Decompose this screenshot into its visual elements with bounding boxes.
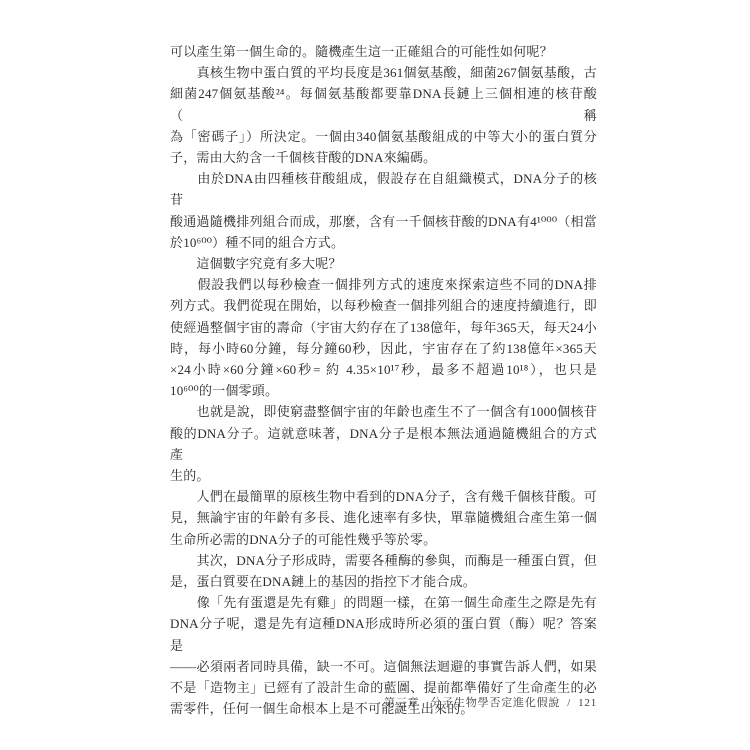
footer-chapter-label: 第三章 (384, 697, 419, 709)
body-line: 列方式。我們從現在開始，以每秒檢查一個排列組合的速度持續進行，即 (170, 295, 597, 316)
body-line: 為「密碼子」）所決定。一個由340個氨基酸組成的中等大小的蛋白質分 (170, 126, 597, 147)
page-footer: 第三章分子生物學否定進化假說/121 (170, 694, 597, 710)
body-line: 細菌247個氨基酸²⁴。每個氨基酸都要靠DNA長鏈上三個相連的核苷酸（稱 (170, 83, 597, 125)
body-line: 由於DNA由四種核苷酸組成，假設存在自組織模式，DNA分子的核苷 (170, 168, 597, 210)
body-text-block: 可以產生第一個生命的。隨機產生這一正確組合的可能性如何呢？ 真核生物中蛋白質的平… (170, 41, 597, 720)
body-line: 生的。 (170, 465, 597, 486)
body-line: 可以產生第一個生命的。隨機產生這一正確組合的可能性如何呢？ (170, 41, 597, 62)
body-line: 時，每小時60分鐘，每分鐘60秒，因此，宇宙存在了約138億年×365天 (170, 338, 597, 359)
body-line: 見，無論宇宙的年齡有多長、進化速率有多快，單靠隨機組合產生第一個 (170, 507, 597, 528)
body-line: 這個數字究竟有多大呢？ (170, 253, 597, 274)
body-line: ×24小時×60分鐘×60秒= 約 4.35×10¹⁷秒，最多不超過10¹⁸），… (170, 359, 597, 380)
body-line: 酸的DNA分子。這就意味著，DNA分子是根本無法通過隨機組合的方式產 (170, 423, 597, 465)
body-line: 於10⁶⁰⁰）種不同的組合方式。 (170, 232, 597, 253)
body-line: 其次，DNA分子形成時，需要各種酶的參與，而酶是一種蛋白質，但 (170, 550, 597, 571)
body-line: 酸通過隨機排列組合而成，那麼，含有一千個核苷酸的DNA有4¹⁰⁰⁰（相當 (170, 211, 597, 232)
body-line: 也就是說，即使窮盡整個宇宙的年齡也產生不了一個含有1000個核苷 (170, 401, 597, 422)
body-line: 使經過整個宇宙的壽命（宇宙大約存在了138億年，每年365天，每天24小 (170, 317, 597, 338)
footer-section-title: 分子生物學否定進化假說 (430, 697, 560, 709)
body-line: 人們在最簡單的原核生物中看到的DNA分子，含有幾千個核苷酸。可 (170, 486, 597, 507)
body-line: 真核生物中蛋白質的平均長度是361個氨基酸，細菌267個氨基酸，古 (170, 62, 597, 83)
body-line: 是，蛋白質要在DNA鏈上的基因的指控下才能合成。 (170, 571, 597, 592)
body-line: 子，需由大約含一千個核苷酸的DNA來編碼。 (170, 147, 597, 168)
body-line: DNA分子呢，還是先有這種DNA形成時所必須的蛋白質（酶）呢？答案是 (170, 613, 597, 655)
book-page: 可以產生第一個生命的。隨機產生這一正確組合的可能性如何呢？ 真核生物中蛋白質的平… (0, 0, 750, 750)
body-line: 假設我們以每秒檢查一個排列方式的速度來探索這些不同的DNA排 (170, 274, 597, 295)
footer-page-number: 121 (578, 697, 597, 709)
body-line: 像「先有蛋還是先有雞」的問題一樣，在第一個生命產生之際是先有 (170, 592, 597, 613)
body-line: 10⁶⁰⁰的一個零頭。 (170, 380, 597, 401)
footer-separator: / (567, 697, 571, 709)
body-line: ——必須兩者同時具備，缺一不可。這個無法迴避的事實告訴人們，如果 (170, 656, 597, 677)
body-line: 生命所必需的DNA分子的可能性幾乎等於零。 (170, 529, 597, 550)
